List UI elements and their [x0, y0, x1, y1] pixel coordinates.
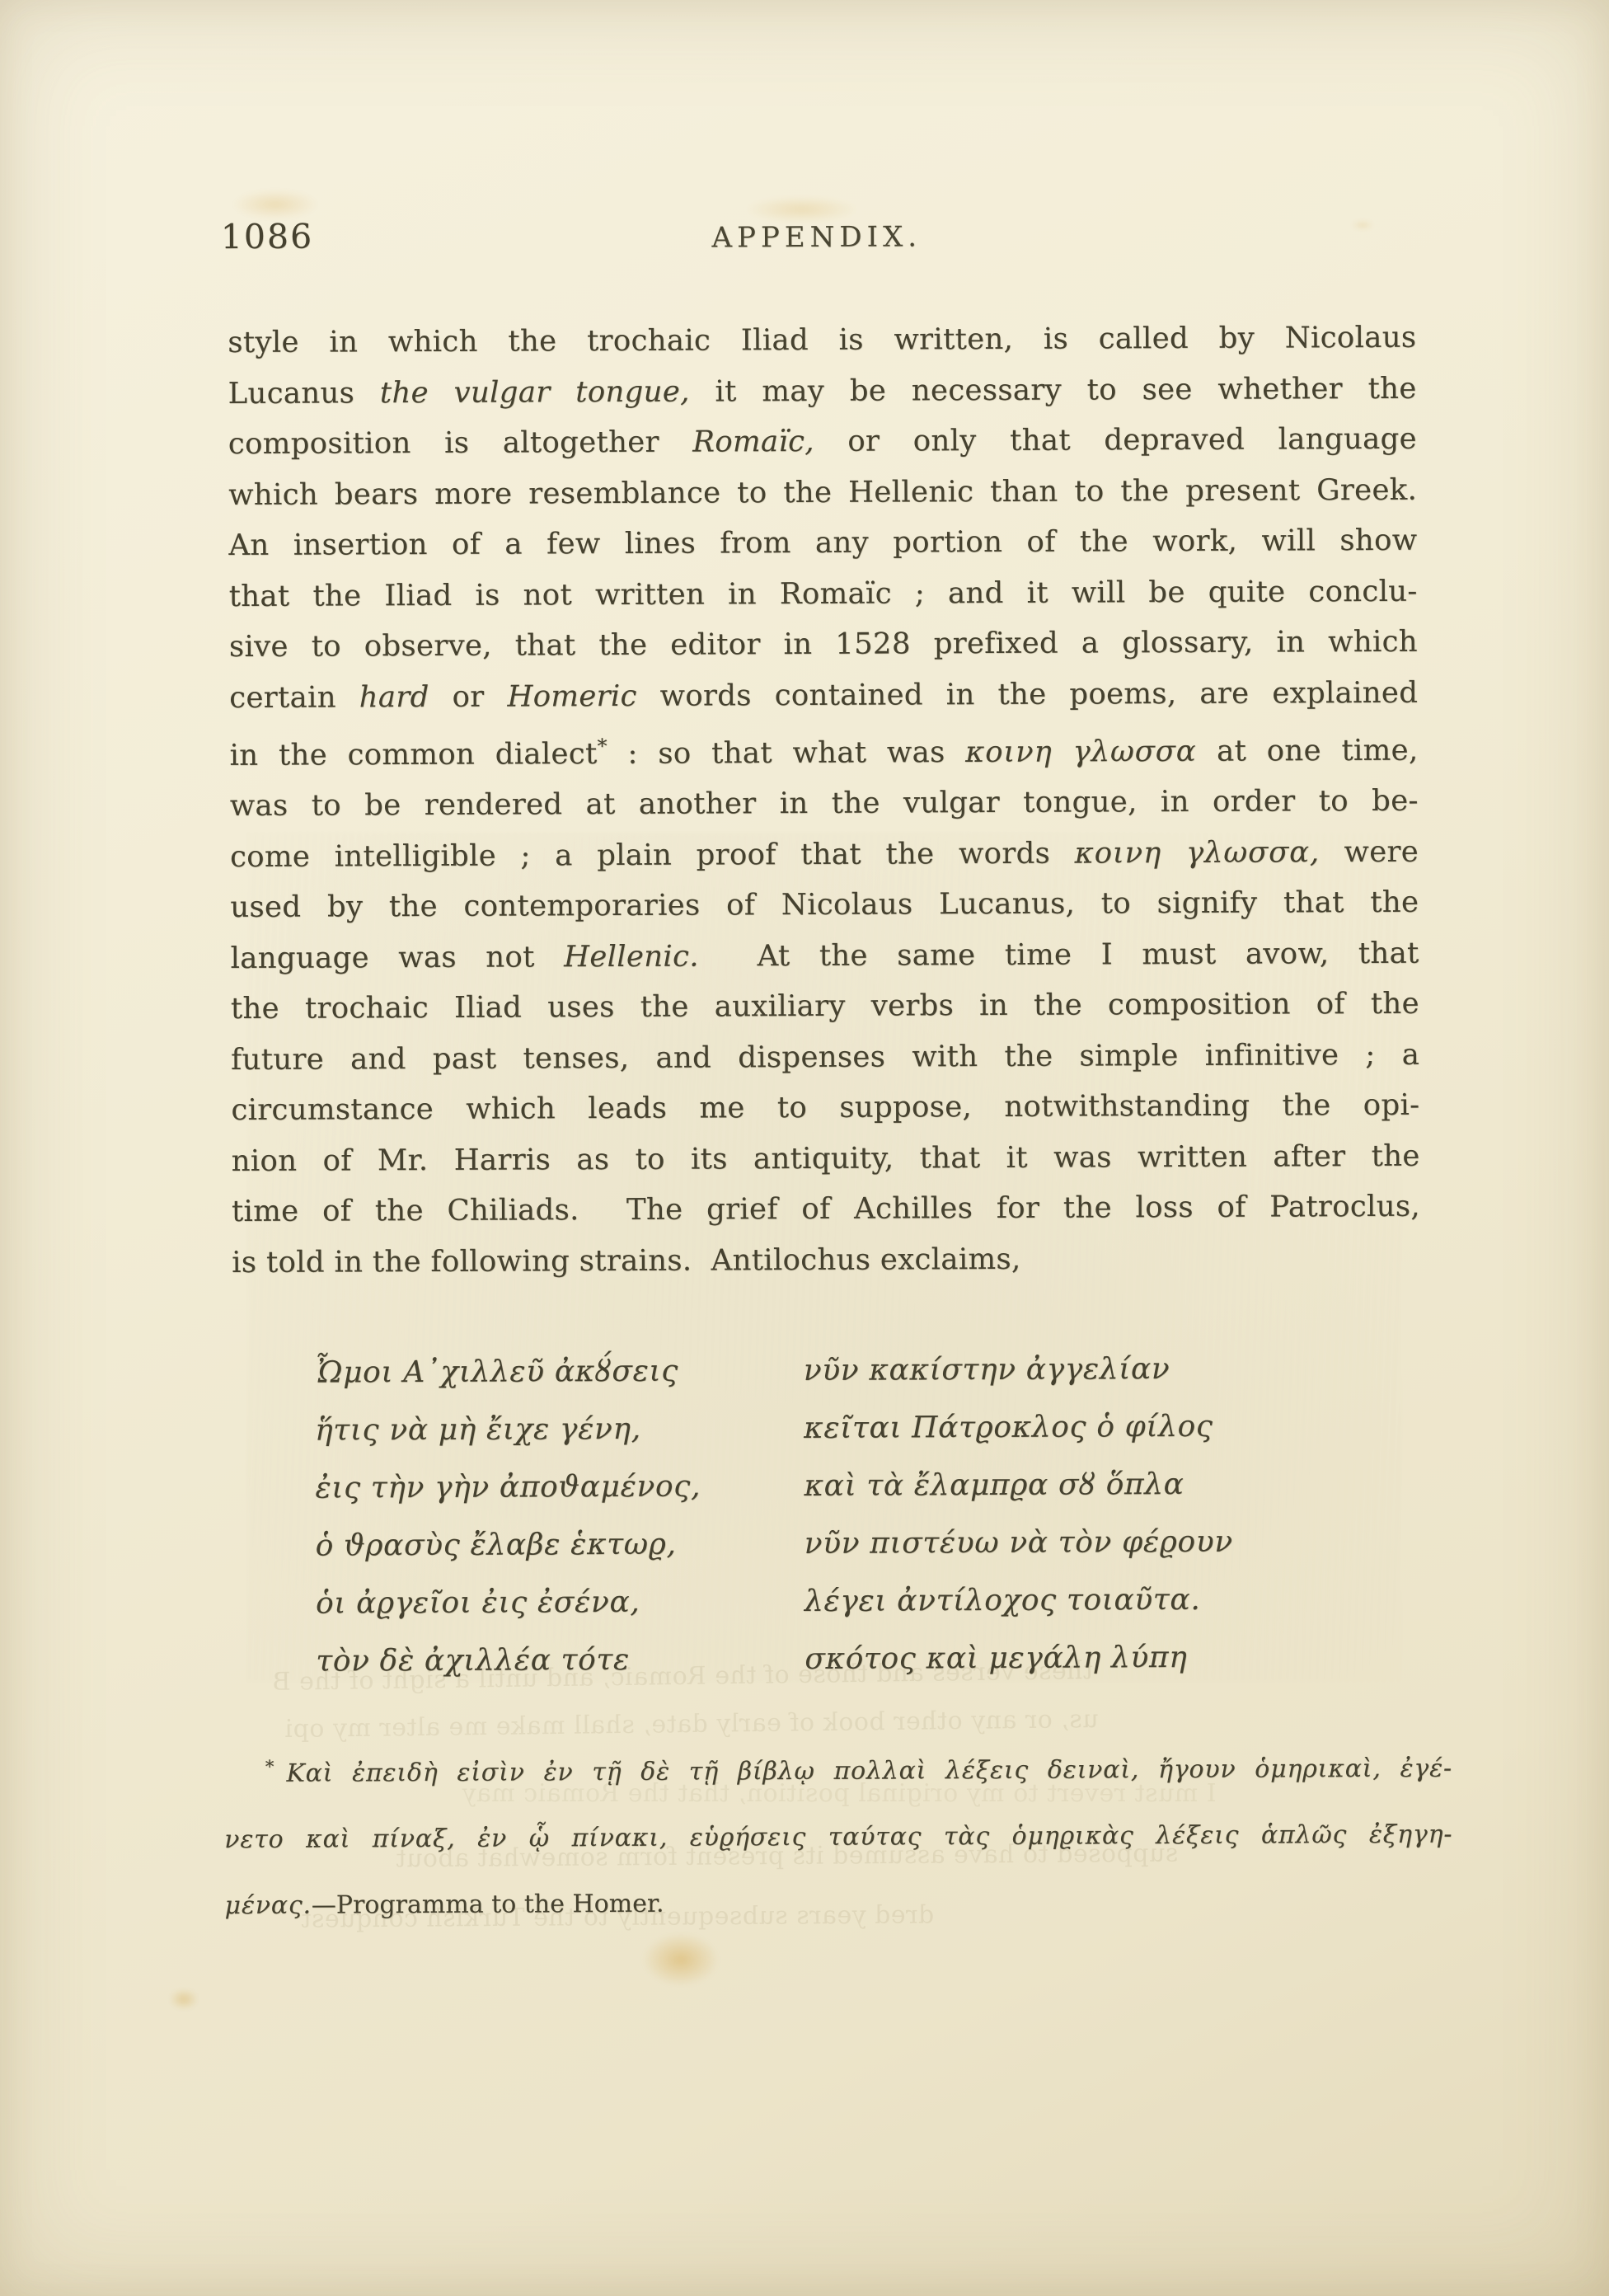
body-line: future and past tenses, and dispenses wi…: [231, 1030, 1419, 1086]
body-line: used by the contemporaries of Nicolaus L…: [230, 877, 1419, 933]
body-text: style in which the trochaic Iliad is wri…: [228, 312, 1420, 1289]
footnote-marker: *: [265, 1757, 274, 1777]
greek-verse-line: νῦν πιστέυω νὰ τὸν φέϱουν: [804, 1514, 1233, 1573]
body-line: come intelligible ; a plain proof that t…: [230, 827, 1419, 883]
running-header: APPENDIX.: [0, 218, 1609, 258]
greek-verse-line: Ὦμοι Α᾿χιλλεῦ ἀκȣ́σεις: [315, 1342, 721, 1402]
footnote-line: μένας.—Programma to the Homer.: [224, 1868, 1452, 1940]
body-line: Lucanus the vulgar tongue, it may be nec…: [228, 363, 1416, 419]
body-line: sive to observe, that the editor in 1528…: [229, 617, 1418, 673]
body-line: which bears more resemblance to the Hell…: [228, 464, 1417, 520]
greek-verse: Ὦμοι Α᾿χιλλεῦ ἀκȣ́σειςἥτις νὰ μὴ ἔιχε γέ…: [232, 1340, 1438, 1691]
body-line: certain hard or Homeric words contained …: [229, 667, 1418, 723]
body-line: style in which the trochaic Iliad is wri…: [228, 312, 1416, 369]
greek-verse-line: ἐις τὴν γὴν ἀποϑαμένος,: [315, 1458, 721, 1517]
footnote-line: * Καὶ ἐπειδὴ εἰσὶν ἐν τῇ δὲ τῇ βίβλῳ πολ…: [224, 1729, 1452, 1808]
body-line: that the Iliad is not written in Romaïc …: [229, 566, 1418, 622]
greek-verse-line: λέγει ἀντίλοχος τοιαῦτα.: [804, 1571, 1233, 1631]
greek-verse-line: ὁ ϑρασὺς ἔλαβε ἑκτωϱ,: [316, 1515, 722, 1575]
body-line: nion of Mr. Harris as to its antiquity, …: [232, 1131, 1420, 1187]
greek-verse-line: νῦν κακίστην ἀγγελίαν: [804, 1341, 1232, 1400]
book-page: these verses and those of the Romaic, an…: [0, 0, 1609, 2296]
body-line: An insertion of a few lines from any por…: [228, 515, 1417, 571]
greek-verse-line: σκότος καὶ μεγάλη λύπη: [804, 1629, 1233, 1688]
greek-verse-right-column: νῦν κακίστην ἀγγελίανκεῖται Πάτϱοκλος ὁ …: [804, 1341, 1234, 1688]
body-line: language was not Hellenic. At the same t…: [230, 928, 1419, 984]
body-line: composition is altogether Romaïc, or onl…: [228, 414, 1417, 470]
footnote-line: νετο καὶ πίναξ, ἐν ᾧ πίνακι, εὑϱήσεις τα…: [224, 1802, 1452, 1874]
footnote: * Καὶ ἐπειδὴ εἰσὶν ἐν τῇ δὲ τῇ βίβλῳ πολ…: [224, 1729, 1453, 1939]
greek-verse-line: ὁι ἀϱγεῖοι ἐις ἐσένα,: [316, 1573, 722, 1632]
body-line: time of the Chiliads. The grief of Achil…: [232, 1181, 1420, 1237]
greek-verse-line: κεῖται Πάτϱοκλος ὁ φίλος: [804, 1398, 1232, 1458]
body-line: the trochaic Iliad uses the auxiliary ve…: [231, 979, 1419, 1035]
body-line: is told in the following strains. Antilo…: [232, 1233, 1420, 1289]
greek-verse-line: τὸν δὲ ἀχιλλέα τότε: [316, 1631, 722, 1690]
greek-verse-line: καὶ τὰ ἔλαμπϱα σȣ ὅπλα: [804, 1456, 1232, 1515]
greek-verse-line: ἥτις νὰ μὴ ἔιχε γένη,: [315, 1400, 721, 1459]
greek-verse-left-column: Ὦμοι Α᾿χιλλεῦ ἀκȣ́σειςἥτις νὰ μὴ ἔιχε γέ…: [315, 1342, 723, 1690]
page-content: 1086 APPENDIX. style in which the trocha…: [0, 0, 1609, 2296]
body-line: circumstance which leads me to suppose, …: [231, 1080, 1419, 1136]
body-line: in the common dialect* : so that what wa…: [229, 718, 1418, 782]
body-line: was to be rendered at another in the vul…: [230, 776, 1419, 832]
